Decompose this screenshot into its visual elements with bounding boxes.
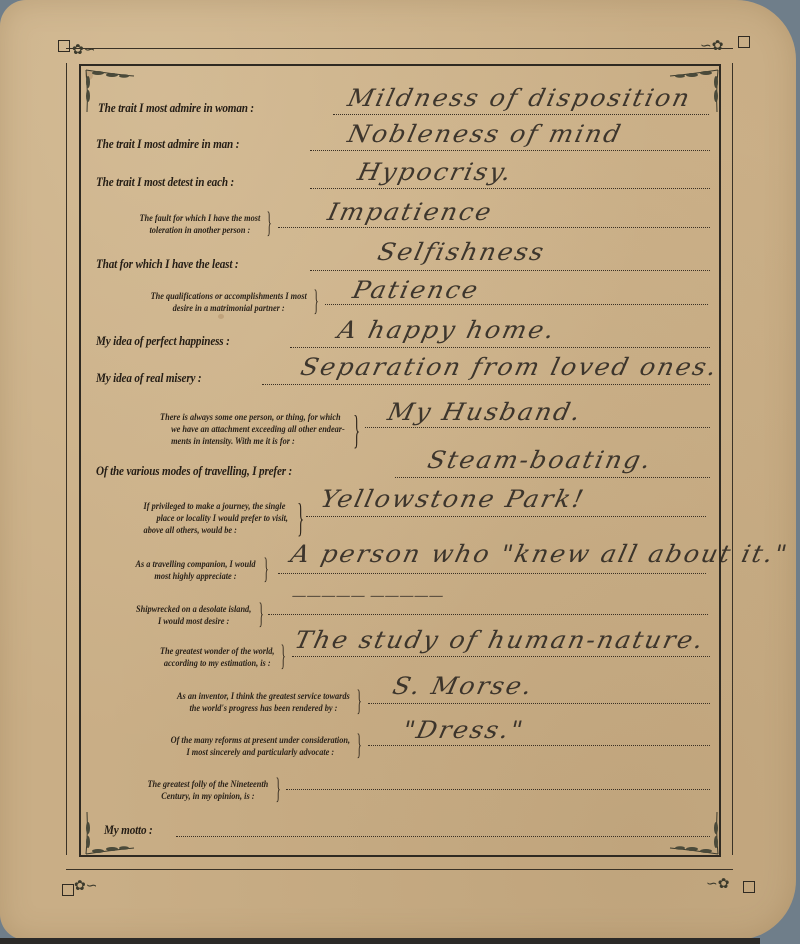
answer-line	[278, 227, 710, 228]
handwritten-answer: Patience	[350, 276, 482, 304]
question-label: That for which I have the least :	[96, 256, 238, 272]
answer-line	[286, 789, 710, 790]
brace-icon: }	[357, 686, 362, 716]
answer-line	[365, 427, 710, 428]
question-label: The fault for which I have the most tole…	[139, 212, 260, 236]
brace-icon: }	[281, 641, 286, 671]
corner-ornament-box	[62, 884, 74, 896]
question-label: Of the various modes of travelling, I pr…	[96, 463, 292, 479]
handwritten-answer: S. Morse.	[390, 672, 536, 700]
question-label: The trait I most detest in each :	[96, 174, 234, 190]
answer-line	[268, 614, 708, 615]
album-page: ✿∽ ∽✿ ✿∽ ∽✿ The	[0, 0, 796, 940]
page-edge-shadow	[0, 938, 760, 944]
question-label: There is always some one person, or thin…	[160, 411, 345, 447]
vine-ornament-icon: ✿∽	[74, 880, 97, 894]
brace-icon: }	[353, 410, 360, 450]
brace-icon: }	[259, 599, 264, 629]
handwritten-answer: My Husband.	[385, 398, 585, 426]
brace-icon: }	[267, 208, 272, 238]
brace-icon: }	[276, 774, 281, 804]
answer-line	[292, 656, 710, 657]
corner-ornament-box	[738, 36, 750, 48]
question-label: As an inventor, I think the greatest ser…	[177, 690, 350, 714]
handwritten-answer: "Dress."	[400, 716, 527, 744]
handwritten-answer: Selfishness	[375, 238, 548, 266]
vine-ornament-icon: ∽✿	[700, 40, 723, 54]
answer-line	[310, 270, 710, 271]
question-label: My motto :	[104, 822, 153, 838]
answer-line	[290, 347, 710, 348]
answer-line	[333, 114, 709, 115]
question-label: The qualifications or accomplishments I …	[151, 290, 307, 314]
question-label: As a travelling companion, I would most …	[136, 558, 256, 582]
question-label: If privileged to make a journey, the sin…	[144, 500, 288, 536]
brace-icon: }	[357, 730, 362, 760]
answer-line	[176, 836, 710, 837]
answer-line	[368, 703, 710, 704]
question-label: The greatest folly of the Nineteenth Cen…	[147, 778, 268, 802]
answer-line	[325, 304, 708, 305]
question-label: Of the many reforms at present under con…	[171, 734, 350, 758]
answer-line	[262, 384, 710, 385]
handwritten-answer: Separation from loved ones.	[298, 353, 721, 381]
handwritten-answer: The study of human-nature.	[292, 626, 708, 654]
question-label: My idea of perfect happiness :	[96, 333, 230, 349]
handwritten-answer: Mildness of disposition	[345, 84, 694, 112]
question-label: Shipwrecked on a desolate island, I woul…	[136, 603, 251, 627]
handwritten-answer: A happy home.	[335, 316, 559, 344]
answer-line	[278, 573, 706, 574]
handwritten-answer: Steam-boating.	[425, 446, 655, 474]
handwritten-answer: Nobleness of mind	[345, 120, 625, 148]
handwritten-answer: A person who "knew all about it."	[288, 540, 791, 568]
brace-icon: }	[264, 554, 269, 584]
question-label: My idea of real misery :	[96, 370, 201, 386]
handwritten-answer: Hypocrisy.	[355, 158, 516, 186]
answer-line	[310, 188, 710, 189]
corner-ornament-box	[58, 40, 70, 52]
corner-ornament-box	[743, 881, 755, 893]
answer-line	[395, 477, 710, 478]
brace-icon: }	[297, 498, 304, 538]
handwritten-answer: Yellowstone Park!	[318, 485, 588, 513]
answer-line	[310, 150, 710, 151]
answer-line	[368, 745, 710, 746]
laurel-corner-icon	[662, 808, 722, 858]
answer-line	[306, 516, 706, 517]
vine-ornament-icon: ∽✿	[706, 878, 729, 892]
question-label: The trait I most admire in woman :	[98, 100, 254, 116]
handwritten-answer: Impatience	[325, 198, 496, 226]
brace-icon: }	[314, 286, 319, 316]
question-label: The trait I most admire in man :	[96, 136, 239, 152]
vine-ornament-icon: ✿∽	[72, 44, 95, 58]
handwritten-answer: ————— —————	[290, 588, 445, 604]
question-label: The greatest wonder of the world, accord…	[160, 645, 275, 669]
